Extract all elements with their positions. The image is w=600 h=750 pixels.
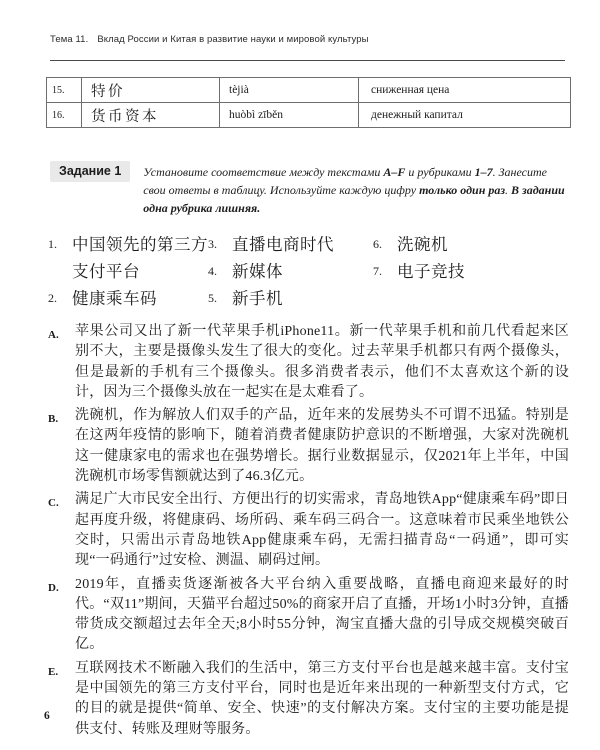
paragraph-body: 苹果公司又出了新一代苹果手机iPhone11。新一代苹果手机和前几代看起来区别不… <box>75 322 569 403</box>
vocab-table: 15. 特价 tèjià сниженная цена 16. 货币资本 huò… <box>46 77 571 128</box>
vocab-pinyin: huòbì zīběn <box>220 103 359 128</box>
page-header: Тема 11.Вклад России и Китая в развитие … <box>50 0 565 45</box>
rubric-item-4: 4. 新媒体 <box>208 258 373 285</box>
vocab-number: 16. <box>47 103 82 128</box>
instruction-text: и рубриками <box>405 165 474 179</box>
paragraph-body: 2019年，直播卖货逐渐被各大平台纳入重要战略，直播电商迎来最好的时代。“双11… <box>75 575 569 656</box>
vocab-russian: сниженная цена <box>359 78 571 103</box>
rubric-column-1: 1. 中国领先的第三方支付平台 2. 健康乘车码 <box>48 231 208 312</box>
rubric-number: 6. <box>373 231 397 258</box>
instruction-bold: только один раз <box>419 183 505 197</box>
paragraph-label: B. <box>48 406 75 487</box>
rubric-number: 7. <box>373 258 397 285</box>
rubric-column-2: 3. 直播电商时代 4. 新媒体 5. 新手机 <box>208 231 373 312</box>
rubric-text: 洗碗机 <box>397 231 448 258</box>
task-block: Задание 1 Установите соответствие между … <box>50 161 567 217</box>
vocab-hanzi: 货币资本 <box>82 103 220 128</box>
rubric-text: 新手机 <box>232 285 283 312</box>
reading-texts: A. 苹果公司又出了新一代苹果手机iPhone11。新一代苹果手机和前几代看起来… <box>48 322 569 740</box>
rubric-text: 直播电商时代 <box>232 231 334 258</box>
text-paragraph-a: A. 苹果公司又出了新一代苹果手机iPhone11。新一代苹果手机和前几代看起来… <box>48 322 569 403</box>
paragraph-label: D. <box>48 575 75 656</box>
header-topic-number: Тема 11. <box>50 34 88 45</box>
rubric-number: 2. <box>48 285 72 312</box>
instruction-text: Установите соответствие между текстами <box>143 165 383 179</box>
header-topic-title: Вклад России и Китая в развитие науки и … <box>97 34 368 45</box>
vocab-hanzi: 特价 <box>82 78 220 103</box>
task-instruction: Установите соответствие между текстами A… <box>143 161 567 217</box>
rubric-number: 4. <box>208 258 232 285</box>
rubric-column-3: 6. 洗碗机 7. 电子竞技 <box>373 231 600 312</box>
paragraph-body: 洗碗机，作为解放人们双手的产品，近年来的发展势头不可谓不迅猛。特别是在这两年疫情… <box>75 406 569 487</box>
text-paragraph-c: C. 满足广大市民安全出行、方便出行的切实需求，青岛地铁App“健康乘车码”即日… <box>48 490 569 571</box>
header-rule <box>50 60 565 61</box>
rubric-item-2: 2. 健康乘车码 <box>48 285 208 312</box>
paragraph-label: C. <box>48 490 75 571</box>
rubric-item-1: 1. 中国领先的第三方支付平台 <box>48 231 208 285</box>
rubric-item-5: 5. 新手机 <box>208 285 373 312</box>
rubric-item-7: 7. 电子竞技 <box>373 258 600 285</box>
text-paragraph-e: E. 互联网技术不断融入我们的生活中，第三方支付平台也是越来越丰富。支付宝是中国… <box>48 659 569 740</box>
rubric-number: 1. <box>48 231 72 258</box>
text-paragraph-b: B. 洗碗机，作为解放人们双手的产品，近年来的发展势头不可谓不迅猛。特别是在这两… <box>48 406 569 487</box>
task-label: Задание 1 <box>50 161 130 182</box>
textbook-page: Тема 11.Вклад России и Китая в развитие … <box>0 0 600 750</box>
rubric-text: 电子竞技 <box>397 258 465 285</box>
instruction-bold: 1–7 <box>475 165 493 179</box>
vocab-row: 16. 货币资本 huòbì zīběn денежный капитал <box>47 103 571 128</box>
rubric-number: 3. <box>208 231 232 258</box>
paragraph-label: A. <box>48 322 75 403</box>
vocab-pinyin: tèjià <box>220 78 359 103</box>
rubric-text: 新媒体 <box>232 258 283 285</box>
paragraph-body: 满足广大市民安全出行、方便出行的切实需求，青岛地铁App“健康乘车码”即日起再度… <box>75 490 569 571</box>
text-paragraph-d: D. 2019年，直播卖货逐渐被各大平台纳入重要战略，直播电商迎来最好的时代。“… <box>48 575 569 656</box>
instruction-bold: A–F <box>383 165 405 179</box>
paragraph-label: E. <box>48 659 75 740</box>
rubric-item-3: 3. 直播电商时代 <box>208 231 373 258</box>
rubric-text: 健康乘车码 <box>72 285 208 312</box>
rubric-text: 中国领先的第三方支付平台 <box>72 231 208 285</box>
rubric-number: 5. <box>208 285 232 312</box>
rubric-list: 1. 中国领先的第三方支付平台 2. 健康乘车码 3. 直播电商时代 4. 新媒… <box>48 231 600 312</box>
paragraph-body: 互联网技术不断融入我们的生活中，第三方支付平台也是越来越丰富。支付宝是中国领先的… <box>75 659 569 740</box>
vocab-russian: денежный капитал <box>359 103 571 128</box>
vocab-number: 15. <box>47 78 82 103</box>
page-number: 6 <box>44 710 50 722</box>
vocab-row: 15. 特价 tèjià сниженная цена <box>47 78 571 103</box>
rubric-item-6: 6. 洗碗机 <box>373 231 600 258</box>
